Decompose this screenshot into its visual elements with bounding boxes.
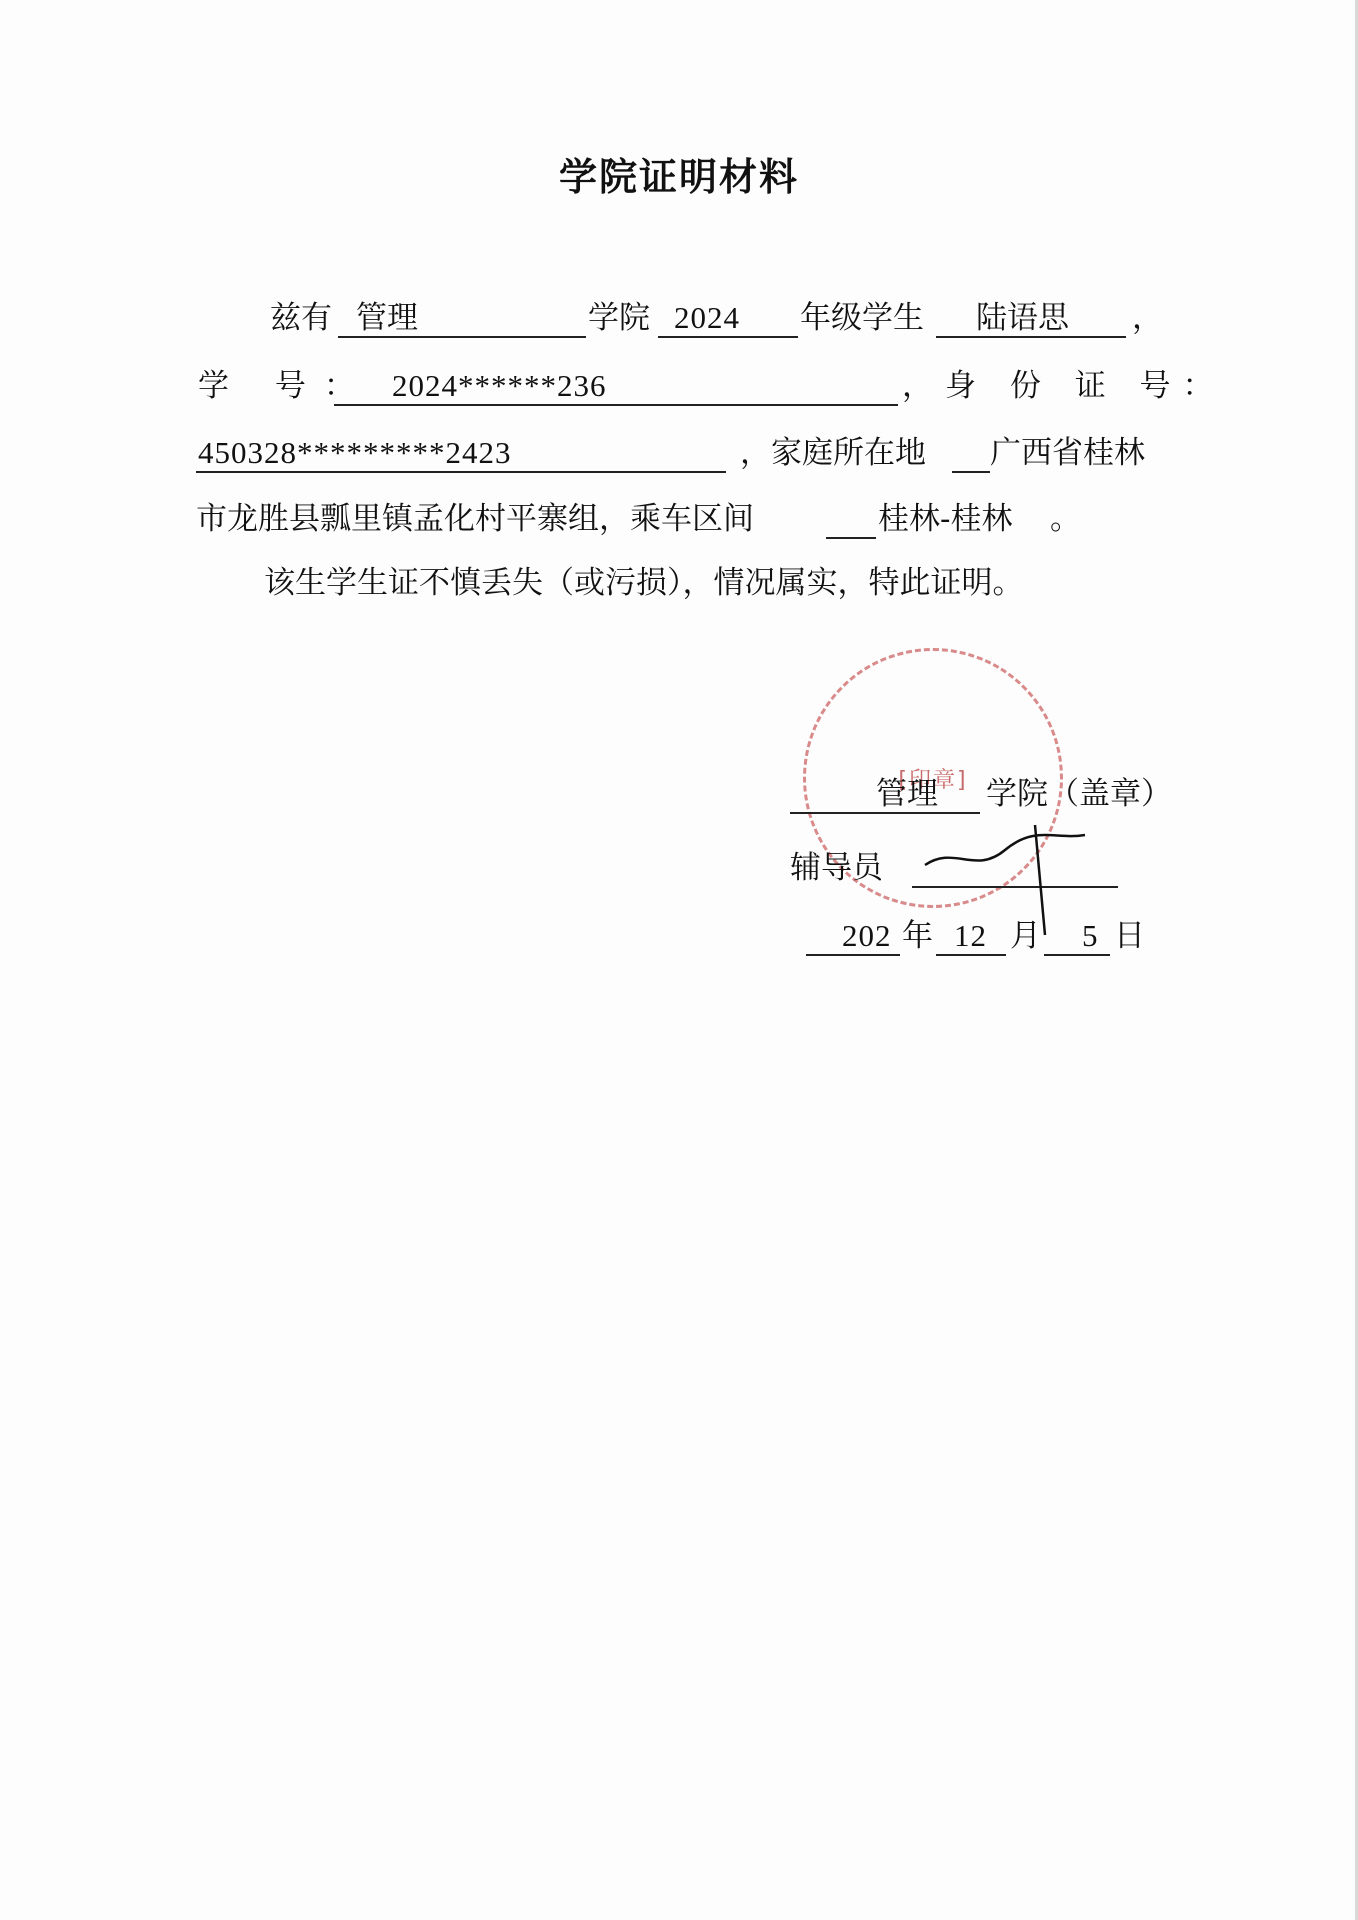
statement: 该生学生证不慎丢失（或污损），情况属实，特此证明。 bbox=[264, 561, 1024, 605]
year-value: 202 bbox=[842, 914, 892, 958]
date-line: 202 年 12 月 5 日 bbox=[0, 914, 1358, 958]
address-part-1: 广西省桂林 bbox=[990, 431, 1145, 475]
student-id-value: 2024******236 bbox=[392, 364, 607, 408]
body-line-5: 该生学生证不慎丢失（或污损），情况属实，特此证明。 bbox=[0, 561, 1358, 605]
month-label: 月 bbox=[1010, 914, 1041, 958]
address-label: ，家庭所在地 bbox=[740, 431, 926, 475]
month-field: 12 bbox=[936, 914, 1006, 956]
intro-text: 兹有 bbox=[270, 296, 332, 340]
body-line-4: 市龙胜县瓢里镇孟化村平寨组，乘车区间 桂林-桂林 。 bbox=[0, 497, 1358, 541]
grade-field: 2024 bbox=[658, 296, 798, 338]
day-field: 5 bbox=[1044, 914, 1110, 956]
advisor-label: 辅导员 bbox=[790, 846, 883, 890]
route-field-start bbox=[826, 497, 876, 539]
grade-value: 2024 bbox=[674, 296, 740, 340]
body-line-1: 兹有 管理 学院 2024 年级学生 陆语思 ， bbox=[0, 296, 1358, 340]
month-value: 12 bbox=[954, 914, 987, 958]
route-value: 桂林-桂林 bbox=[878, 497, 1012, 541]
advisor-line: 辅导员 bbox=[0, 846, 1358, 890]
year-label: 年 bbox=[902, 914, 933, 958]
year-field: 202 bbox=[806, 914, 900, 956]
student-name-field: 陆语思 bbox=[936, 296, 1126, 338]
college-field: 管理 bbox=[338, 296, 586, 338]
period: 。 bbox=[1050, 497, 1081, 541]
student-name-value: 陆语思 bbox=[976, 296, 1069, 340]
body-line-2: 学 号： 2024******236 ，身 份 证 号： bbox=[0, 364, 1358, 408]
comma: ， bbox=[1132, 296, 1163, 340]
day-value: 5 bbox=[1082, 914, 1099, 958]
body-line-3: 450328*********2423 ，家庭所在地 广西省桂林 bbox=[0, 431, 1358, 475]
id-card-field: 450328*********2423 bbox=[196, 431, 726, 473]
college-suffix: 学院 bbox=[588, 296, 650, 340]
id-card-label: ，身 份 证 号： bbox=[902, 364, 1226, 408]
student-id-field: 2024******236 bbox=[334, 364, 898, 406]
document-title: 学院证明材料 bbox=[0, 146, 1358, 201]
grade-suffix: 年级学生 bbox=[800, 296, 924, 340]
address-field-start bbox=[952, 431, 990, 473]
day-label: 日 bbox=[1114, 914, 1145, 958]
id-card-value: 450328*********2423 bbox=[198, 431, 512, 475]
college-value: 管理 bbox=[356, 296, 418, 340]
signoff-college-line: 管理 学院（盖章） bbox=[0, 772, 1358, 816]
address-part-2: 市龙胜县瓢里镇孟化村平寨组，乘车区间 bbox=[196, 497, 754, 541]
